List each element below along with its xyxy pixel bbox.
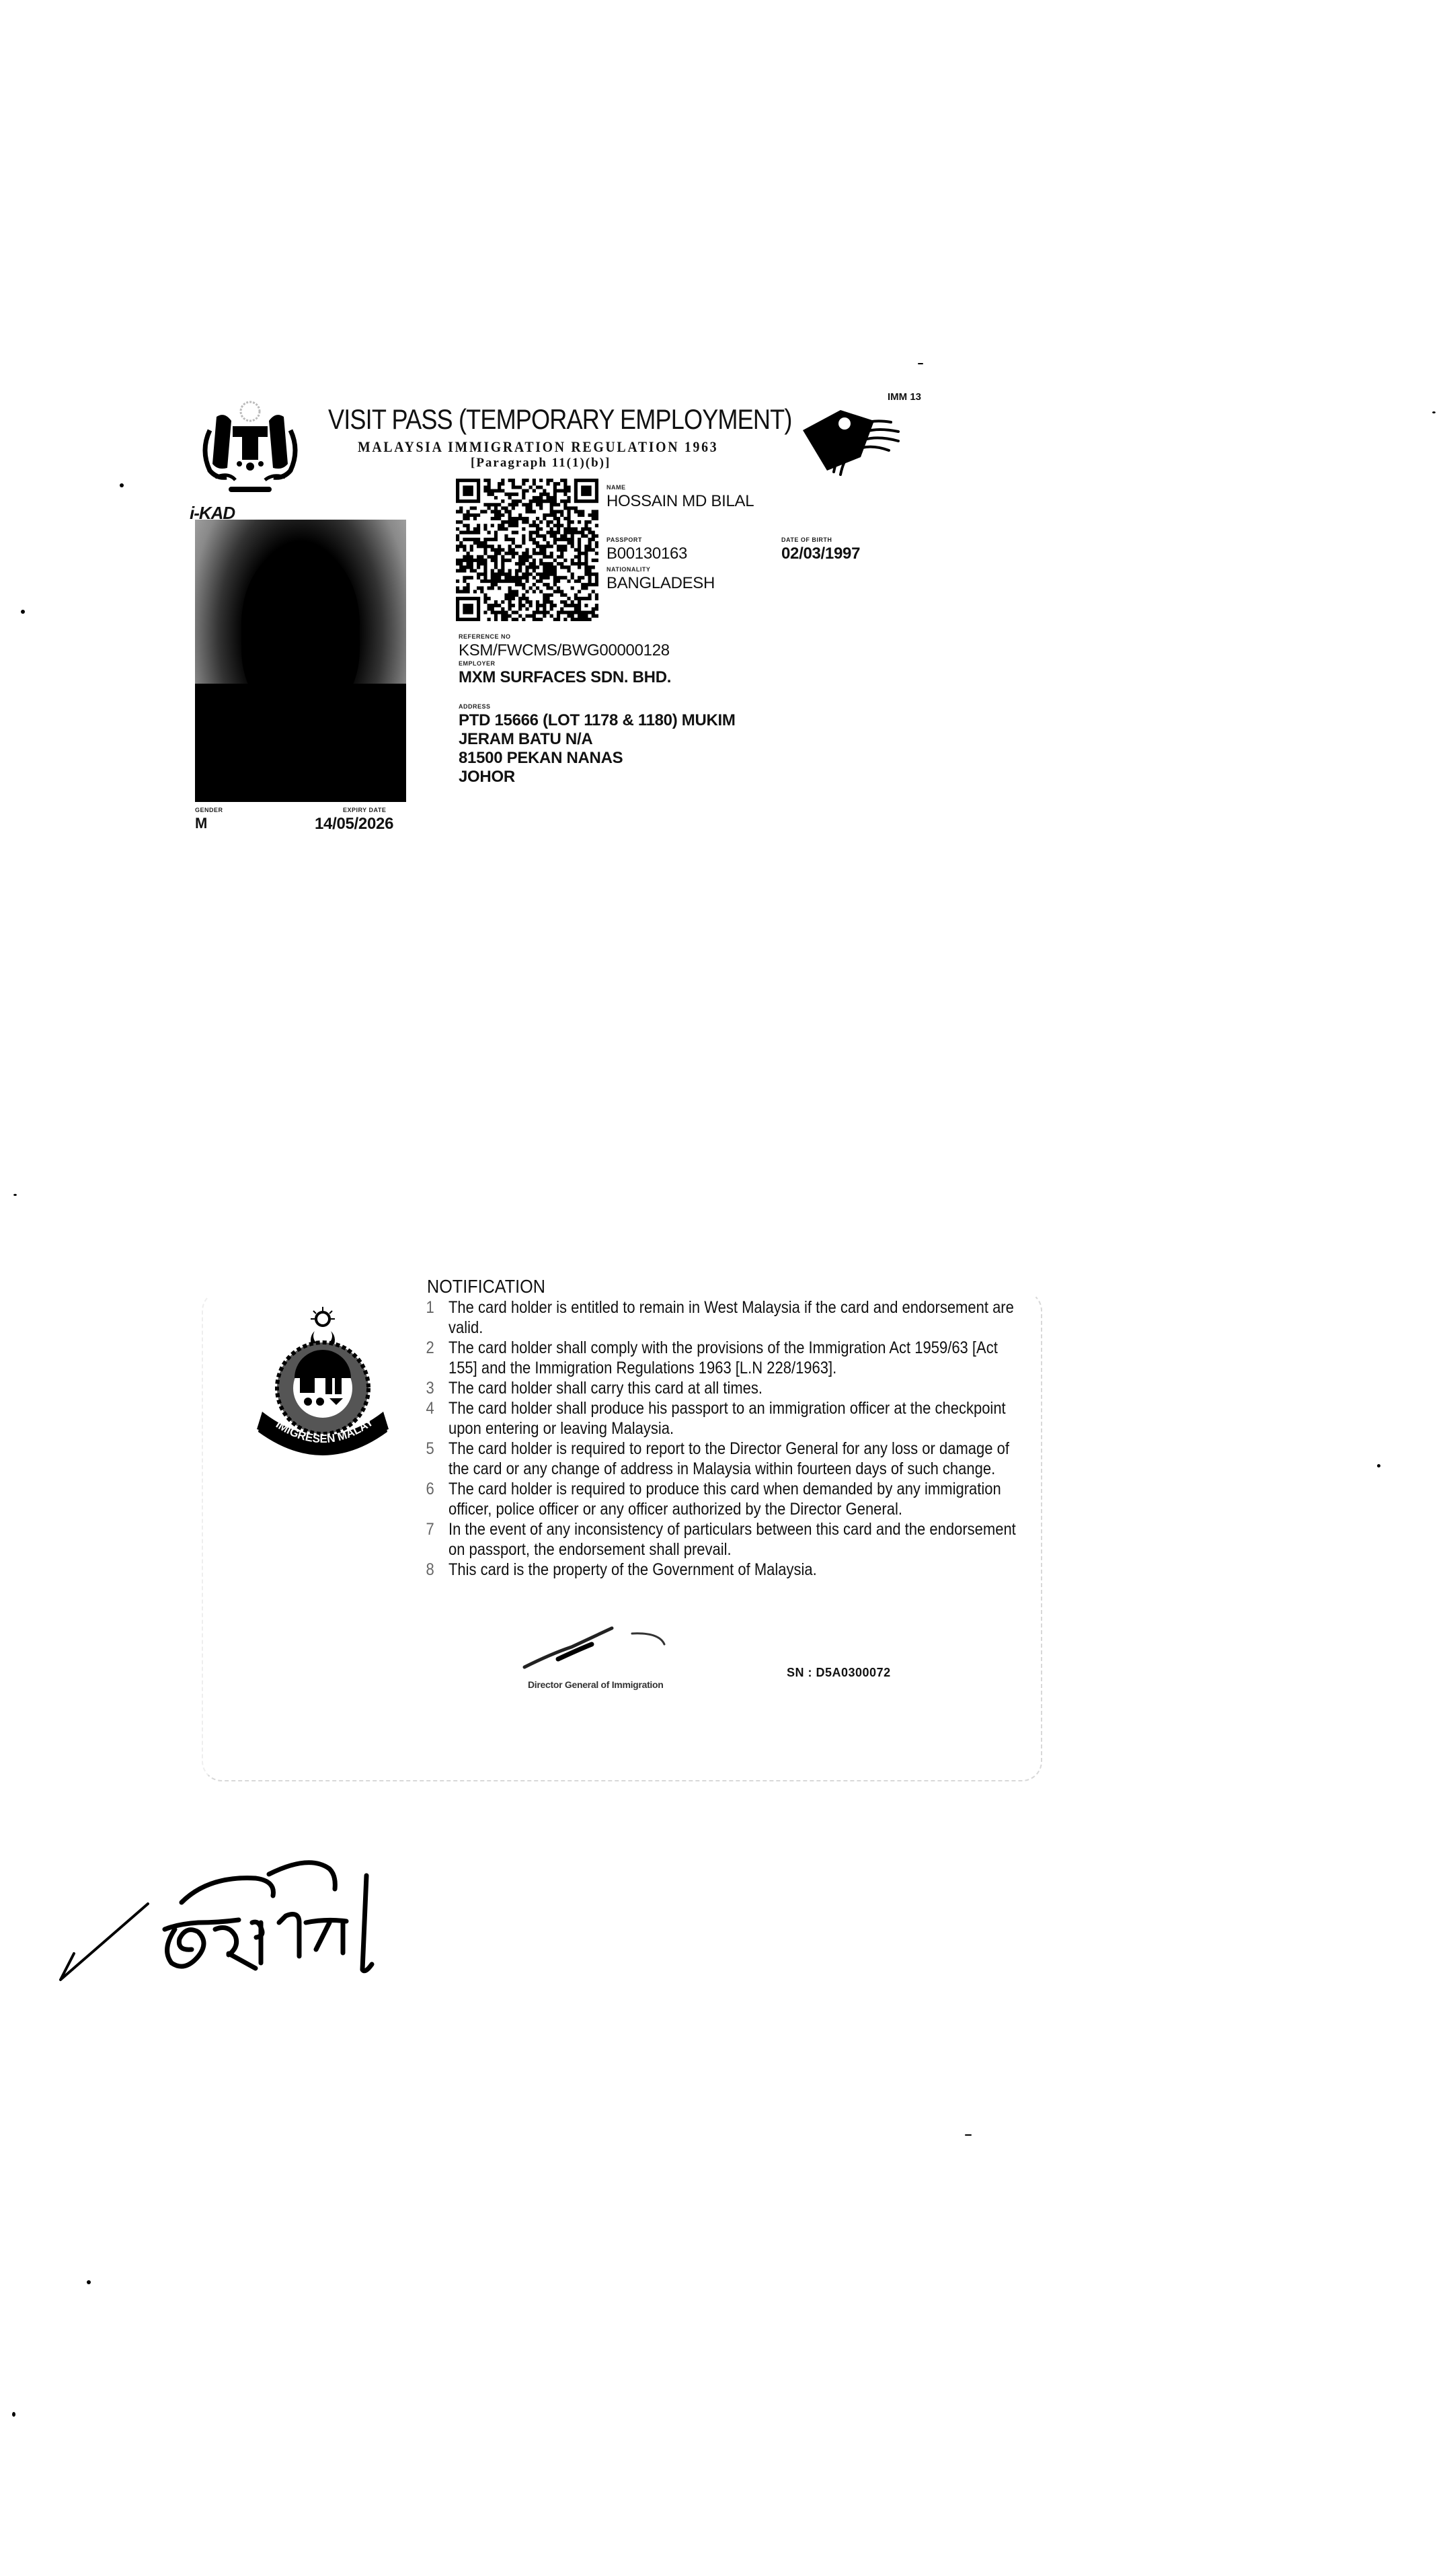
scan-speck	[1432, 411, 1436, 413]
reference-no-label: REFERENCE NO	[459, 633, 511, 640]
address-line: 81500 PEKAN NANAS	[459, 749, 736, 768]
notification-number: 4	[426, 1398, 434, 1418]
scan-speck	[1377, 1464, 1380, 1467]
card-back: IMIGRESEN MALAYSIA NOTIFICATION 1The car…	[188, 1264, 1062, 1795]
notification-number: 8	[426, 1560, 434, 1580]
notification-list: 1The card holder is entitled to remain i…	[424, 1297, 995, 1580]
notification-number: 2	[426, 1338, 434, 1358]
notification-item: 5The card holder is required to report t…	[424, 1439, 1017, 1479]
holder-photo	[195, 520, 406, 802]
scan-speck	[13, 1194, 17, 1196]
signatory-label: Director General of Immigration	[528, 1679, 664, 1690]
notification-item: 4The card holder shall produce his passp…	[424, 1398, 1017, 1439]
malaysia-flag-icon	[800, 397, 914, 477]
notification-text: The card holder is required to produce t…	[448, 1480, 1001, 1519]
notification-item: 7In the event of any inconsistency of pa…	[424, 1519, 1017, 1560]
scan-speck	[87, 2280, 91, 2284]
gender-value: M	[195, 815, 207, 832]
notification-number: 3	[426, 1378, 434, 1398]
address-line: JERAM BATU N/A	[459, 730, 736, 749]
form-number: IMM 13	[888, 391, 921, 403]
immigration-crest-icon: IMIGRESEN MALAYSIA	[256, 1304, 390, 1459]
paragraph-reference: [Paragraph 11(1)(b)]	[471, 456, 611, 471]
director-general-signature	[518, 1613, 699, 1681]
qr-code-icon	[456, 479, 598, 621]
address-block: PTD 15666 (LOT 1178 & 1180) MUKIM JERAM …	[459, 711, 736, 787]
expiry-date-value: 14/05/2026	[315, 815, 393, 834]
serial-number: SN : D5A0300072	[787, 1666, 891, 1680]
card-subtitle: MALAYSIA IMMIGRATION REGULATION 1963	[358, 438, 718, 456]
scan-speck	[120, 483, 124, 487]
notification-text: The card holder shall produce his passpo…	[448, 1399, 1006, 1438]
date-of-birth-label: DATE OF BIRTH	[781, 536, 832, 543]
notification-text: The card holder shall carry this card at…	[448, 1379, 762, 1398]
notification-text: This card is the property of the Governm…	[448, 1560, 817, 1579]
notification-number: 5	[426, 1439, 434, 1459]
scan-speck	[918, 363, 923, 364]
notification-item: 2The card holder shall comply with the p…	[424, 1338, 1017, 1378]
scan-speck	[12, 2412, 15, 2417]
notification-number: 1	[426, 1297, 434, 1318]
passport-value: B00130163	[607, 545, 687, 563]
notification-number: 7	[426, 1519, 434, 1539]
address-line: PTD 15666 (LOT 1178 & 1180) MUKIM	[459, 711, 736, 730]
notification-text: The card holder is required to report to…	[448, 1439, 1009, 1478]
notification-number: 6	[426, 1479, 434, 1499]
notification-item: 1The card holder is entitled to remain i…	[424, 1297, 1017, 1338]
notification-text: The card holder is entitled to remain in…	[448, 1298, 1014, 1337]
notification-text: The card holder shall comply with the pr…	[448, 1338, 998, 1377]
date-of-birth-value: 02/03/1997	[781, 545, 860, 563]
address-line: JOHOR	[459, 768, 736, 787]
passport-label: PASSPORT	[607, 536, 642, 543]
notification-item: 8This card is the property of the Govern…	[424, 1560, 1017, 1580]
scan-speck	[21, 610, 25, 614]
notification-text: In the event of any inconsistency of par…	[448, 1520, 1016, 1559]
card-front: VISIT PASS (TEMPORARY EMPLOYMENT) MALAYS…	[182, 376, 941, 854]
notification-item: 6The card holder is required to produce …	[424, 1479, 1017, 1519]
scan-speck	[965, 2134, 972, 2136]
reference-no-value: KSM/FWCMS/BWG00000128	[459, 641, 670, 660]
employer-value: MXM SURFACES SDN. BHD.	[459, 668, 671, 687]
nationality-label: NATIONALITY	[607, 566, 650, 573]
expiry-date-label: EXPIRY DATE	[343, 807, 386, 813]
handwritten-signature	[47, 1828, 397, 1990]
employer-label: EMPLOYER	[459, 660, 496, 667]
gender-label: GENDER	[195, 807, 223, 813]
card-title: VISIT PASS (TEMPORARY EMPLOYMENT)	[328, 403, 791, 436]
name-value: HOSSAIN MD BILAL	[607, 492, 754, 511]
check-mark-icon	[61, 1904, 148, 1980]
address-label: ADDRESS	[459, 703, 491, 710]
notification-title: NOTIFICATION	[427, 1276, 545, 1297]
notification-item: 3The card holder shall carry this card a…	[424, 1378, 1017, 1398]
malaysia-coat-of-arms-icon	[196, 397, 304, 497]
name-label: NAME	[607, 484, 626, 491]
nationality-value: BANGLADESH	[607, 574, 715, 593]
